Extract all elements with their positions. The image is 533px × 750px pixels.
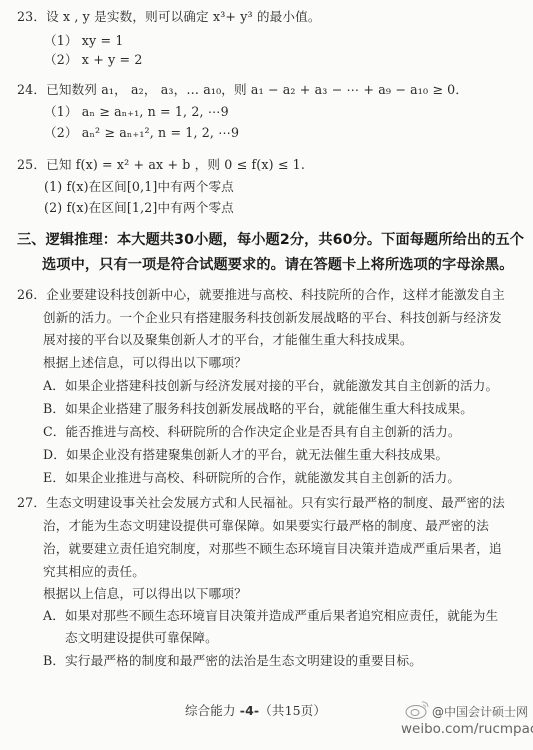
q26-stem-line-2: 创新的活力。一个企业只有搭建服务科技创新发展战略的平台、科技创新与经济发 <box>43 310 502 326</box>
page-footer: 综合能力 -4-（共15页） <box>185 703 326 719</box>
q27-option-a-cont: 态文明建设提供可靠保障。 <box>65 630 218 646</box>
q24-stem: 24．已知数列 a₁， a₂， a₃，… a₁₀，则 a₁ − a₂ + a₃ … <box>17 82 468 98</box>
q25-condition-2: (2) f(x)在区间[1,2]中有两个零点 <box>44 200 234 216</box>
q25-condition-1: (1) f(x)在区间[0,1]中有两个零点 <box>44 179 234 195</box>
q25-number: 25． <box>17 157 46 172</box>
q23-condition-1: （1） xy = 1 <box>44 33 124 49</box>
q26-option-c: C．能否推进与高校、科研院所的合作决定企业是否具有自主创新的活力。 <box>43 424 461 440</box>
q26-prompt: 根据上述信息，可以得出以下哪项？ <box>43 355 247 371</box>
q26-number: 26． <box>17 287 46 302</box>
watermark-url: weibo.com/rucmpacc <box>401 721 533 737</box>
q26-stem-line-3: 展对接的平台以及聚集创新人才的平台，才能催生重大科技成果。 <box>43 332 413 348</box>
q24-number: 24． <box>17 82 46 97</box>
q24-condition-2: （2） aₙ² ≥ aₙ₊₁², n = 1, 2, ⋯9 <box>44 125 239 141</box>
q23-stem: 23．设 x , y 是实数，则可以确定 x³+ y³ 的最小值。 <box>17 9 321 25</box>
q24-text: 已知数列 a₁， a₂， a₃，… a₁₀，则 a₁ − a₂ + a₃ − ⋯… <box>46 82 468 97</box>
q23-condition-2: （2） x + y = 2 <box>44 52 143 68</box>
q27-option-a: A．如果对那些不顾生态环境盲目决策并造成严重后果者追究相应责任，就能为生 <box>43 608 498 624</box>
q26-option-d: D．如果企业没有搭建聚集创新人才的平台，就无法催生重大科技成果。 <box>43 447 448 463</box>
q27-stem-line-4: 究其相应的责任。 <box>43 564 145 580</box>
q23-number: 23． <box>17 9 46 24</box>
section-heading-line-2: 选项中，只有一项是符合试题要求的。请在答题卡上将所选项的字母涂黑。 <box>42 257 514 273</box>
footer-total: （共15页） <box>259 703 326 718</box>
q25-stem: 25．已知 f(x) = x² + ax + b ，则 0 ≤ f(x) ≤ 1… <box>17 157 305 173</box>
q26-option-b: B．如果企业搭建了服务科技创新发展战略的平台，就能催生重大科技成果。 <box>43 401 473 417</box>
q27-stem-line-2: 治，才能为生态文明建设提供可靠保障。如果要实行最严格的制度、最严密的法 <box>43 518 489 534</box>
q25-text: 已知 f(x) = x² + ax + b ，则 0 ≤ f(x) ≤ 1. <box>46 157 305 172</box>
watermark-handle: @中国会计硕士网 <box>432 703 528 720</box>
q26-option-e: E．如果企业推进与高校、科研院所的合作，就能激发其自主创新的活力。 <box>43 470 460 486</box>
q27-number: 27． <box>17 495 46 510</box>
q27-stem-line-3: 治，就要建立责任追究制度，对那些不顾生态环境盲目决策并造成严重后果者，追 <box>43 541 502 557</box>
q24-condition-1: （1） aₙ ≥ aₙ₊₁, n = 1, 2, ⋯9 <box>44 104 229 120</box>
q27-prompt: 根据以上信息，可以得出以下哪项？ <box>43 586 247 602</box>
footer-page-number: -4- <box>240 703 260 718</box>
q26-stem-line-1: 26．企业要建设科技创新中心，就要推进与高校、科技院所的合作，这样才能激发自主 <box>17 287 505 303</box>
q27-stem-line-1: 27．生态文明建设事关社会发展方式和人民福祉。只有实行最严格的制度、最严密的法 <box>17 495 505 511</box>
q27-option-b: B．实行最严格的制度和最严密的法治是生态文明建设的重要目标。 <box>43 653 422 669</box>
q27-text-1: 生态文明建设事关社会发展方式和人民福祉。只有实行最严格的制度、最严密的法 <box>46 495 505 510</box>
q26-text-1: 企业要建设科技创新中心，就要推进与高校、科技院所的合作，这样才能激发自主 <box>46 287 505 302</box>
q26-option-a: A．如果企业搭建科技创新与经济发展对接的平台，就能激发其自主创新的活力。 <box>43 378 498 394</box>
section-heading-line-1: 三、逻辑推理：本大题共30小题，每小题2分，共60分。下面每题所给出的五个 <box>17 232 524 248</box>
footer-label: 综合能力 <box>185 703 236 718</box>
q23-text: 设 x , y 是实数，则可以确定 x³+ y³ 的最小值。 <box>46 9 321 24</box>
weibo-logo-icon <box>405 699 431 719</box>
